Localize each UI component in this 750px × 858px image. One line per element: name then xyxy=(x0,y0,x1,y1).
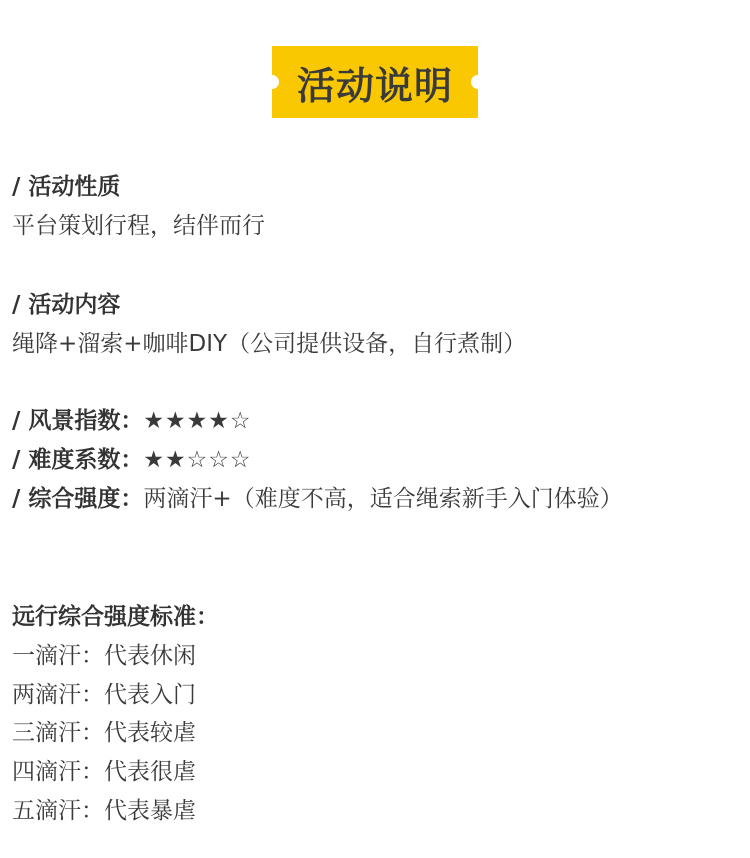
title-badge: 活动说明 xyxy=(272,46,478,118)
standard-item: 四滴汗：代表很虐 xyxy=(12,757,196,787)
scenery-stars: ★★★★☆ xyxy=(143,408,251,434)
scenery-label: / 风景指数： xyxy=(12,408,143,434)
intensity-label: / 综合强度： xyxy=(12,486,143,512)
difficulty-rating: / 难度系数：★★☆☆☆ xyxy=(12,445,252,475)
intensity-rating: / 综合强度：两滴汗+（难度不高，适合绳索新手入门体验） xyxy=(12,484,623,514)
content-value: 绳降+溜索+咖啡DIY（公司提供设备，自行煮制） xyxy=(12,329,526,359)
standard-item: 五滴汗：代表暴虐 xyxy=(12,796,196,826)
difficulty-label: / 难度系数： xyxy=(12,447,143,473)
page-title: 活动说明 xyxy=(297,55,453,110)
difficulty-stars: ★★☆☆☆ xyxy=(143,447,251,473)
nature-value: 平台策划行程，结伴而行 xyxy=(12,211,265,241)
standard-item: 两滴汗：代表入门 xyxy=(12,680,196,710)
nature-label: / 活动性质 xyxy=(12,172,120,202)
scenery-rating: / 风景指数：★★★★☆ xyxy=(12,406,252,436)
standard-item: 一滴汗：代表休闲 xyxy=(12,641,196,671)
standard-title: 远行综合强度标准： xyxy=(12,602,219,632)
intensity-value: 两滴汗+（难度不高，适合绳索新手入门体验） xyxy=(143,486,622,512)
content-label: / 活动内容 xyxy=(12,290,120,320)
standard-item: 三滴汗：代表较虐 xyxy=(12,718,196,748)
